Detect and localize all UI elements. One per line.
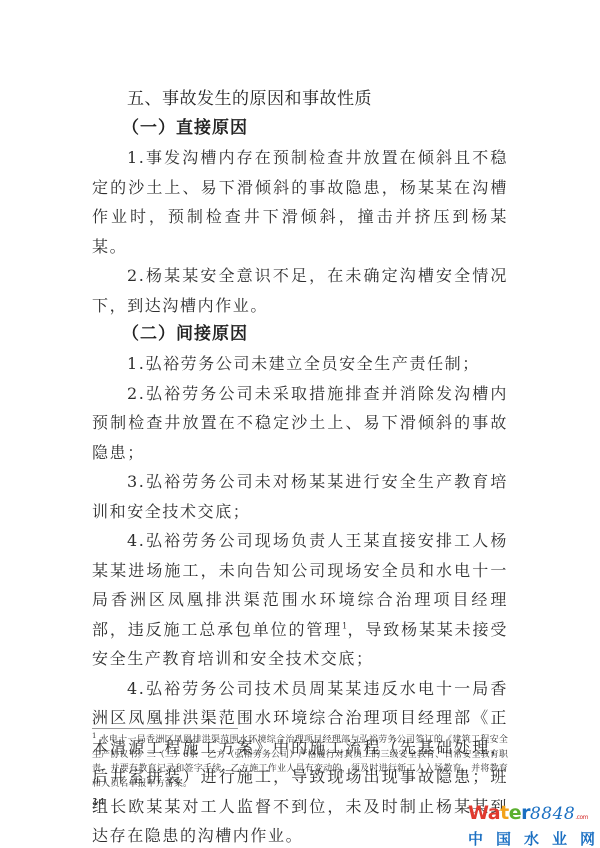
paragraph: 2.杨某某安全意识不足，在未确定沟槽安全情况下，到达沟槽内作业。 <box>92 261 508 320</box>
paragraph: 1.事发沟槽内存在预制检查井放置在倾斜且不稳定的沙土上、易下滑倾斜的事故隐患，杨… <box>92 143 508 261</box>
logo-letter: r <box>521 802 530 824</box>
page-number: 14 <box>92 797 105 808</box>
subsection-title-direct: （一）直接原因 <box>92 114 508 143</box>
paragraph: 4.弘裕劳务公司现场负责人王某直接安排工人杨某某进场施工，未向告知公司现场安全员… <box>92 526 508 674</box>
logo-chinese-name: 中国水业网 <box>468 829 593 848</box>
footnote-divider <box>92 728 238 729</box>
subsection-title-indirect: （二）间接原因 <box>92 320 508 349</box>
logo-letter: e <box>509 802 521 824</box>
logo-letters: Water <box>468 802 530 824</box>
logo-number: 8848 <box>530 804 575 824</box>
logo-wordmark: Water8848.com <box>468 803 593 828</box>
logo-letter: Wa <box>468 802 500 824</box>
paragraph: 3.弘裕劳务公司未对杨某某进行安全生产教育培训和安全技术交底； <box>92 467 508 526</box>
footnote-text: 水电十一局香洲区凤凰排洪渠范围水环境综合治理项目经理部与弘裕劳务公司签订的《建筑… <box>92 735 508 789</box>
watermark-logo: Water8848.com 中国水业网 <box>468 803 593 848</box>
paragraph: 2.弘裕劳务公司未采取措施排查并消除发沟槽内预制检查井放置在不稳定沙土上、易下滑… <box>92 379 508 468</box>
logo-letter: t <box>500 802 509 824</box>
section-heading: 五、事故发生的原因和事故性质 <box>92 84 508 114</box>
logo-suffix: .com <box>575 814 588 821</box>
footnote: 1 水电十一局香洲区凤凰排洪渠范围水环境综合治理项目经理部与弘裕劳务公司签订的《… <box>92 733 508 791</box>
paragraph: 1.弘裕劳务公司未建立全员安全生产责任制； <box>92 349 508 379</box>
